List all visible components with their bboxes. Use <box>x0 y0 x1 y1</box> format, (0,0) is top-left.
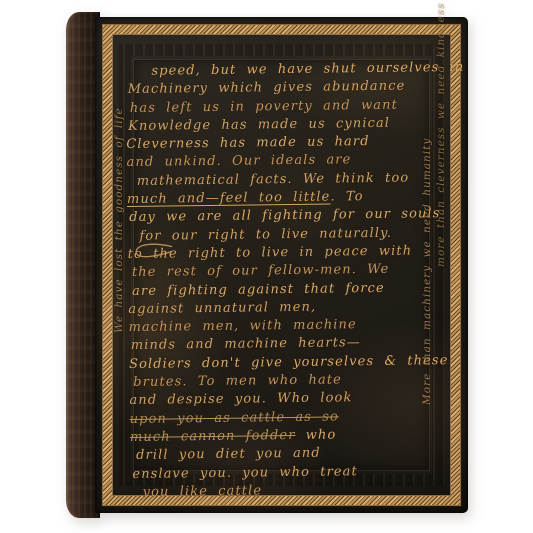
manuscript-segment: you like cattle <box>142 483 262 499</box>
manuscript-segment: enslave you. you who treat <box>132 464 358 482</box>
manuscript-segment: Knowledge has made us cynical <box>128 116 390 134</box>
manuscript-segment: upon you as cattle as so <box>130 409 339 427</box>
book-cover: speed, but we have shut ourselves inMach… <box>95 17 468 513</box>
manuscript-segment: and unkind. Our ideals are <box>126 153 351 171</box>
journal-book: speed, but we have shut ourselves inMach… <box>66 12 468 518</box>
manuscript-segment: . To <box>330 189 363 204</box>
manuscript-segment: day we are all fighting for our souls <box>129 207 440 226</box>
manuscript-segment: brutes. To men who hate <box>133 372 342 390</box>
photo-background: speed, but we have shut ourselves inMach… <box>0 0 533 533</box>
left-margin-note: We have lost the goodness of life <box>113 107 125 333</box>
manuscript-segment: drill you diet you and <box>136 446 321 463</box>
manuscript-segment: the rest of our fellow-men. We <box>132 262 390 280</box>
manuscript-segment: and despise you. <box>129 392 277 409</box>
manuscript-text: speed, but we have shut ourselves inMach… <box>125 59 456 501</box>
manuscript-segment: Soldiers don't give yourselves & these <box>129 353 449 372</box>
manuscript-lines: speed, but we have shut ourselves inMach… <box>125 59 456 502</box>
revision-underline-flourish-icon <box>131 238 173 263</box>
manuscript-segment: against unnatural men, <box>128 300 316 317</box>
manuscript-segment: Who look <box>277 391 352 407</box>
right-margin-note-2: more than cleverness we need kindness <box>435 2 447 267</box>
right-margin-note-1: More than machinery we need humanity <box>421 138 433 405</box>
manuscript-segment: minds and machine hearts— <box>131 336 361 354</box>
manuscript-segment: speed, but we have shut ourselves in <box>151 60 464 79</box>
manuscript-segment: much cannon fodder <box>130 428 296 445</box>
manuscript-segment: machine men, with machine <box>128 317 356 335</box>
manuscript-segment: Cleverness has made us hard <box>126 134 369 152</box>
manuscript-segment: mathematical facts. We think too <box>137 170 410 188</box>
manuscript-segment: are fighting against that force <box>132 280 385 298</box>
manuscript-segment: who <box>295 427 336 442</box>
manuscript-segment: for our right to live naturally. <box>139 225 392 243</box>
manuscript-segment: Machinery which gives abundance <box>128 79 406 97</box>
manuscript-segment: has left us in poverty and want <box>130 97 398 115</box>
manuscript-segment: much and—feel too little <box>127 190 331 207</box>
